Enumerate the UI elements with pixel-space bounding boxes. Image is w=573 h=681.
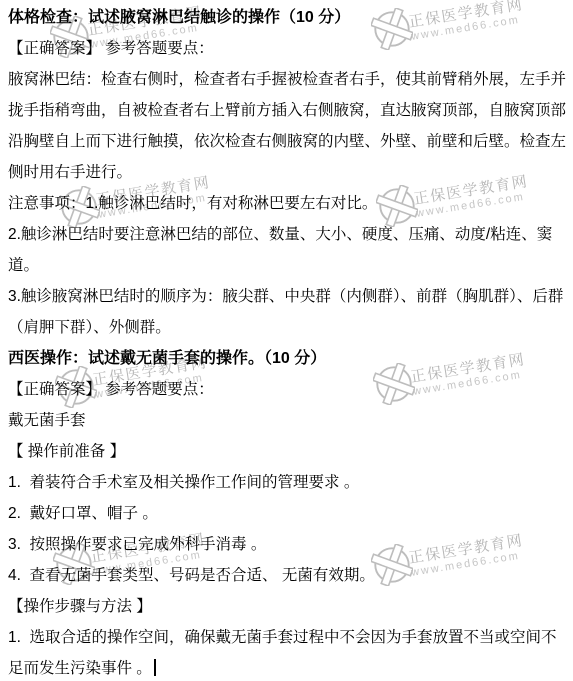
- text-cursor: [154, 659, 156, 676]
- exam-section-title-physical: 体格检查：试述腋窝淋巴结触诊的操作（10 分）: [8, 2, 567, 33]
- answer-subtitle-sterile-gloves: 戴无菌手套: [8, 405, 567, 436]
- prep-item-2: 2. 戴好口罩、帽子 。: [8, 498, 567, 529]
- steps-item-1-text: 1. 选取合适的操作空间，确保戴无菌手套过程中不会因为手套放置不当或空间不足而发…: [8, 629, 557, 677]
- prep-item-4: 4. 查看无菌手套类型、号码是否合适、 无菌有效期。: [8, 560, 567, 591]
- steps-section-label: 【操作步骤与方法 】: [8, 591, 567, 622]
- prep-section-label: 【 操作前准备 】: [8, 436, 567, 467]
- prep-item-3: 3. 按照操作要求已完成外科手消毒 。: [8, 529, 567, 560]
- correct-answer-label: 【正确答案】 参考答题要点：: [8, 33, 567, 64]
- answer-paragraph-axillary-nodes: 腋窝淋巴结：检查右侧时，检查者右手握被检查者右手，使其前臂稍外展，左手并拢手指稍…: [8, 64, 567, 188]
- notes-item-3: 3.触诊腋窝淋巴结时的顺序为：腋尖群、中央群（内侧群）、前群（胸肌群）、后群（肩…: [8, 281, 567, 343]
- notes-item-2: 2.触诊淋巴结时要注意淋巴结的部位、数量、大小、硬度、压痛、动度/粘连、窦道。: [8, 219, 567, 281]
- prep-item-1: 1. 着装符合手术室及相关操作工作间的管理要求 。: [8, 467, 567, 498]
- document-text-area[interactable]: 体格检查：试述腋窝淋巴结触诊的操作（10 分） 【正确答案】 参考答题要点： 腋…: [0, 0, 573, 681]
- notes-item-1: 注意事项：1.触诊淋巴结时，有对称淋巴要左右对比。: [8, 188, 567, 219]
- exam-section-title-western-op: 西医操作：试述戴无菌手套的操作。（10 分）: [8, 343, 567, 374]
- document-page: 正保医学教育网 www.med66.com 正保医学教育网 www.med66.…: [0, 0, 573, 681]
- steps-item-1: 1. 选取合适的操作空间，确保戴无菌手套过程中不会因为手套放置不当或空间不足而发…: [8, 622, 567, 681]
- correct-answer-label: 【正确答案】 参考答题要点：: [8, 374, 567, 405]
